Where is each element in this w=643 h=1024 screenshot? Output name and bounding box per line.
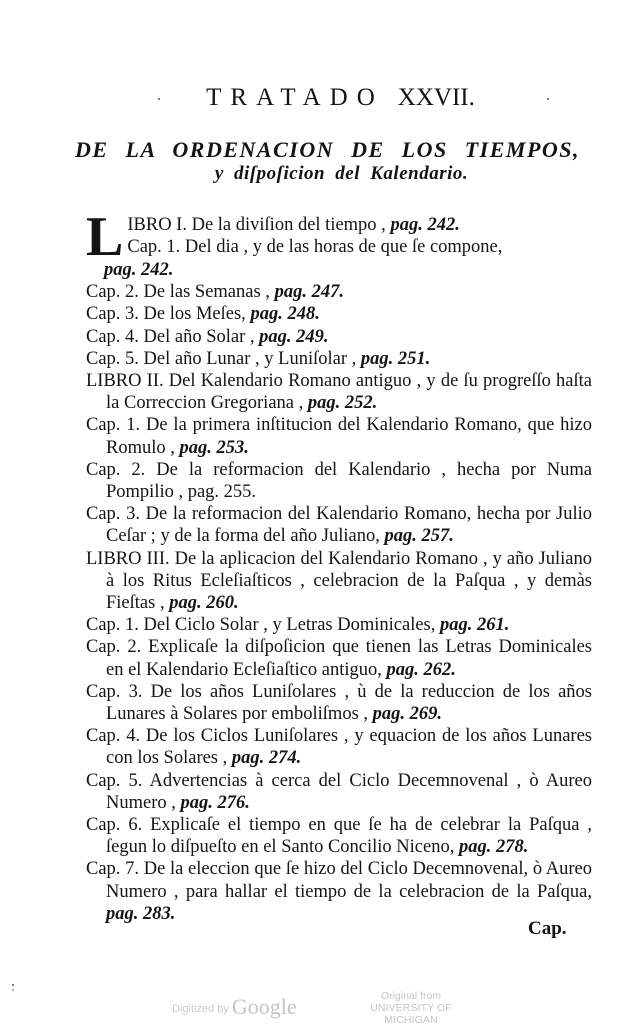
toc-page-ref: pag. 248. (250, 304, 319, 324)
toc-entry-text: Cap. 1. Del Ciclo Solar , y Letras Domin… (86, 615, 440, 635)
toc-page-ref: pag. 257. (384, 526, 453, 546)
toc-page-ref: pag. 253. (180, 438, 249, 458)
catchword: Cap. (528, 918, 567, 940)
toc-entry-text: Cap. 5. Advertencias à cerca del Ciclo D… (86, 771, 592, 813)
ink-speck (158, 98, 160, 100)
toc-entry-cap-2: Cap. 2. De las Semanas , pag. 247. (86, 281, 592, 303)
toc-page-ref: pag. 278. (459, 837, 528, 857)
toc-entry-text: Cap. 2. De las Semanas , (86, 282, 275, 302)
toc-page-ref: pag. 251. (361, 349, 430, 369)
toc-entry-l3-cap-2: Cap. 2. Explicaſe la diſpoſicion que tie… (86, 636, 592, 680)
header-title-word: TRATADO (206, 84, 384, 111)
toc-entry-cap-5: Cap. 5. Del año Lunar , y Luniſolar , pa… (86, 348, 592, 370)
ink-speck (12, 984, 14, 986)
institution-name: UNIVERSITY OF MICHIGAN (350, 1002, 472, 1024)
toc-entry-text: Cap. 2. Explicaſe la diſpoſicion que tie… (86, 637, 592, 679)
toc-entry-text: Cap. 3. De los años Luniſolares , ù de l… (86, 682, 592, 724)
toc-entry-text: Cap. 3. De los Meſes, (86, 304, 250, 324)
section-title: DE LA ORDENACION DE LOS TIEMPOS, (0, 137, 643, 163)
section-subtitle: y diſpoſicion del Kalendario. (0, 163, 643, 185)
ink-speck (547, 98, 549, 100)
toc-entry-text: Cap. 1. Del dia , y de las horas de que … (127, 237, 502, 257)
toc-entry-text: Cap. 2. De la reformacion del Kalendario… (86, 460, 592, 502)
toc-entry-text: Cap. 7. De la eleccion que ſe hizo del C… (86, 859, 592, 901)
toc-page-ref: pag. 261. (440, 615, 509, 635)
toc-page-ref: pag. 274. (232, 748, 301, 768)
toc-entry-l3-cap-3: Cap. 3. De los años Luniſolares , ù de l… (86, 681, 592, 725)
toc-entry-text: Cap. 5. Del año Lunar , y Luniſolar , (86, 349, 361, 369)
original-from-label: Original from (350, 990, 472, 1002)
toc-entry-libro-2: LIBRO II. Del Kalendario Romano antiguo … (86, 370, 592, 414)
toc-entry-l3-cap-5: Cap. 5. Advertencias à cerca del Ciclo D… (86, 770, 592, 814)
digitization-footer: Digitized by Google Original from UNIVER… (0, 990, 643, 1020)
digitized-by-watermark: Digitized by Google (172, 994, 297, 1020)
toc-entry-libro-3: LIBRO III. De la aplicacion del Kalendar… (86, 548, 592, 615)
toc-page-ref: pag. 242. (390, 215, 459, 235)
toc-page-ref: pag. 269. (373, 704, 442, 724)
toc-page-ref: pag. 242. (104, 260, 173, 280)
toc-entry-l2-cap-3: Cap. 3. De la reformacion del Kalendario… (86, 503, 592, 547)
toc-entry-l2-cap-2: Cap. 2. De la reformacion del Kalendario… (86, 459, 592, 503)
toc-page-ref: pag. 260. (169, 593, 238, 613)
toc-entry-text: Cap. 3. De la reformacion del Kalendario… (86, 504, 592, 546)
toc-entry-l2-cap-1: Cap. 1. De la primera inſtitucion del Ka… (86, 414, 592, 458)
digitized-prefix: Digitized by (172, 1003, 229, 1015)
toc-entry-text: Cap. 1. De la primera inſtitucion del Ka… (86, 415, 592, 457)
original-source-watermark: Original from UNIVERSITY OF MICHIGAN (350, 990, 472, 1024)
toc-entry-l3-cap-4: Cap. 4. De los Ciclos Luniſolares , y eq… (86, 725, 592, 769)
toc-entry-l3-cap-1: Cap. 1. Del Ciclo Solar , y Letras Domin… (86, 614, 592, 636)
toc-entry-text: IBRO I. De la diviſion del tiempo , (127, 215, 390, 235)
toc-entry-text: Cap. 4. Del año Solar , (86, 327, 259, 347)
toc-entry-text: LIBRO III. De la aplicacion del Kalendar… (86, 549, 592, 613)
toc-page-ref: pag. 262. (386, 660, 455, 680)
toc-entry-cap-3: Cap. 3. De los Meſes, pag. 248. (86, 303, 592, 325)
drop-cap: L (86, 215, 123, 259)
toc-entry-l3-cap-7: Cap. 7. De la eleccion que ſe hizo del C… (86, 858, 592, 925)
table-of-contents: L IBRO I. De la diviſion del tiempo , pa… (86, 214, 592, 925)
toc-page-ref: pag. 276. (181, 793, 250, 813)
toc-entry-l3-cap-6: Cap. 6. Explicaſe el tiempo en que ſe ha… (86, 814, 592, 858)
toc-entry-libro-1: L IBRO I. De la diviſion del tiempo , pa… (86, 214, 592, 281)
toc-entry-cap-4: Cap. 4. Del año Solar , pag. 249. (86, 326, 592, 348)
toc-page-ref: pag. 247. (275, 282, 344, 302)
toc-page-ref: pag. 283. (106, 904, 175, 924)
google-logo-text: Google (232, 994, 297, 1019)
toc-entry-text: Cap. 4. De los Ciclos Luniſolares , y eq… (86, 726, 592, 768)
book-page: TRATADOXXVII. DE LA ORDENACION DE LOS TI… (0, 0, 643, 1024)
toc-page-ref: pag. 252. (308, 393, 377, 413)
toc-page-ref: pag. 249. (259, 327, 328, 347)
header-title-number: XXVII. (398, 84, 475, 111)
